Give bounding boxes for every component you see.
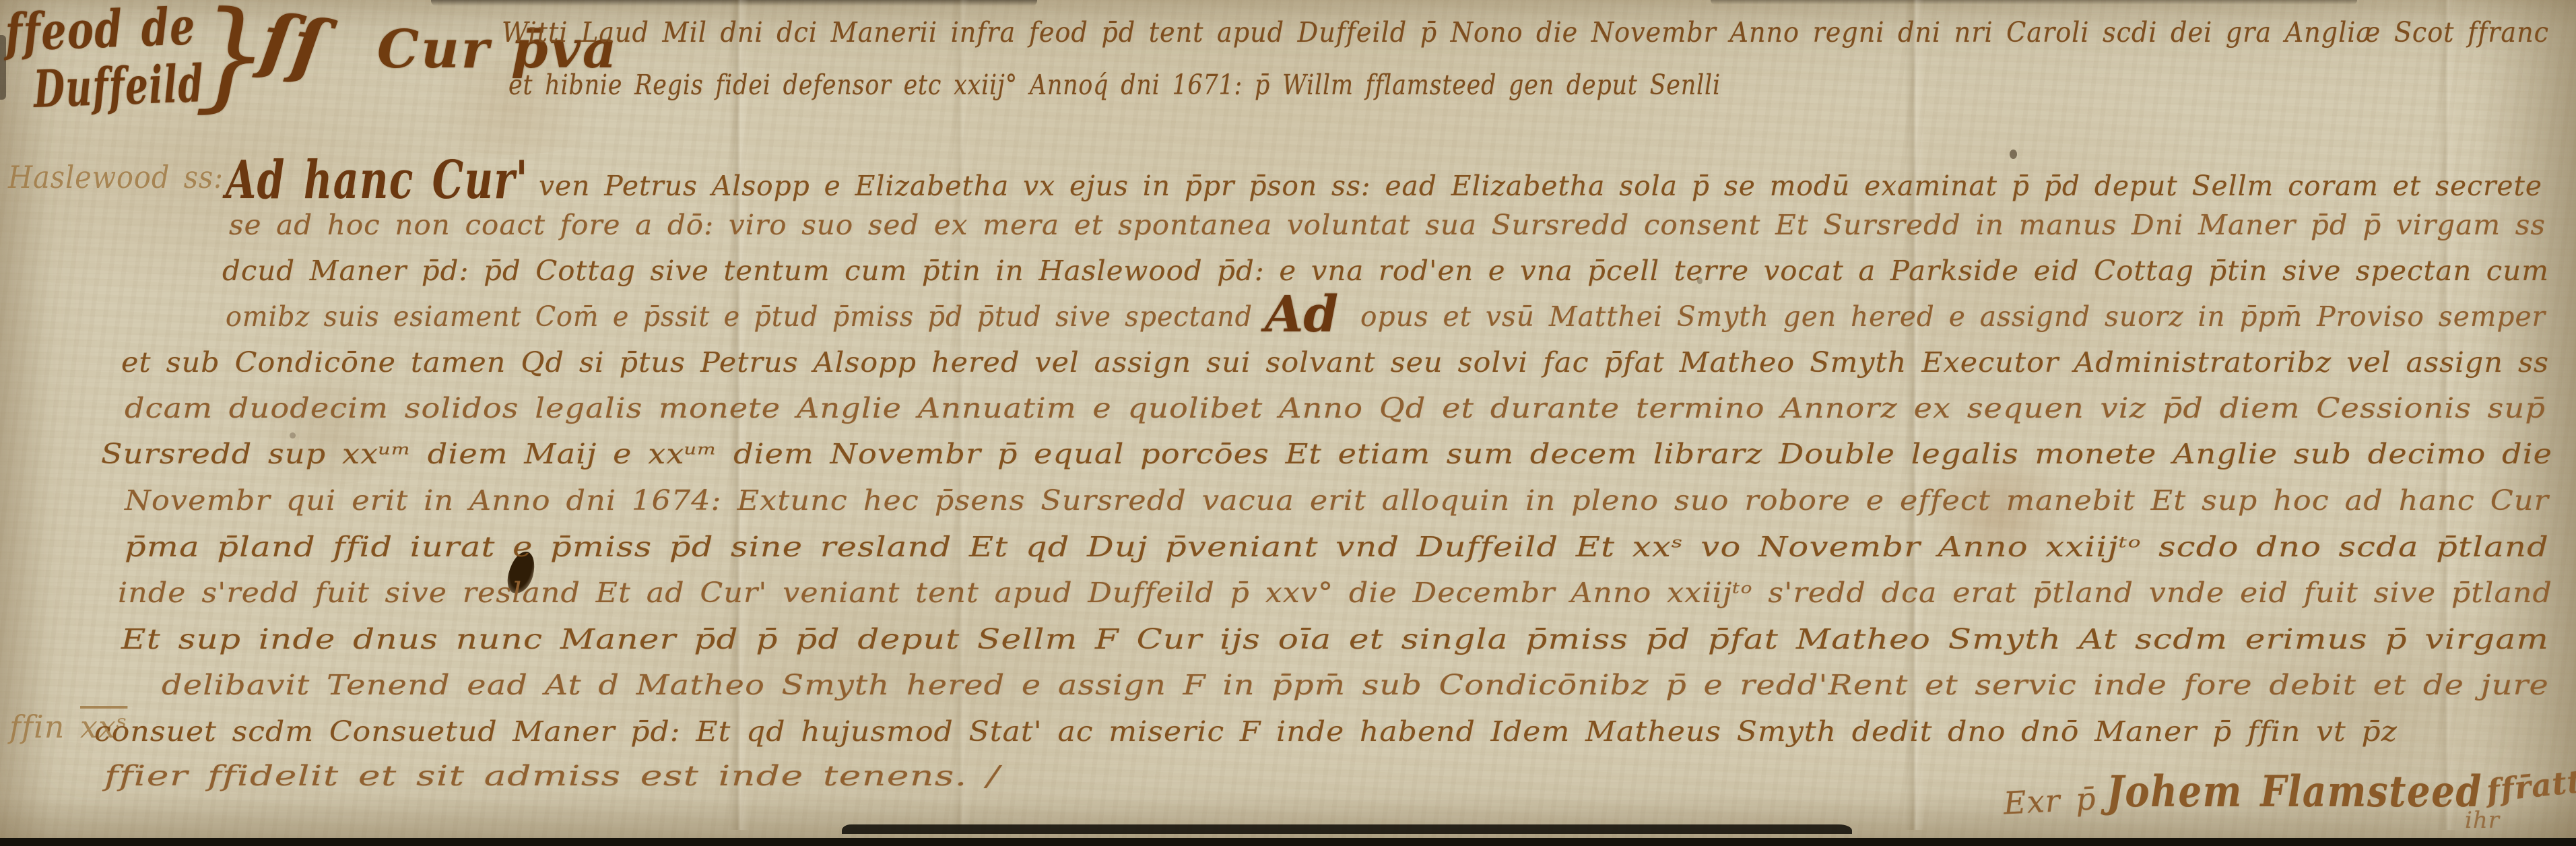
body-line-11: p̄ma p̄land ffid iurat e p̄miss p̄d sine… — [125, 531, 2549, 563]
body-line-8: dcam duodecim solidos legalis monete Ang… — [125, 392, 2546, 424]
body-line-9: Sursredd sup xxᵘᵐ diem Maij e xxᵘᵐ diem … — [101, 438, 2552, 470]
signature-flourish: ffr̄att — [2485, 763, 2576, 810]
manor-heading-line2: Duffeild — [32, 53, 205, 119]
body-line-7: et sub Condicōne tamen Qd si p̄tus Petru… — [121, 346, 2549, 379]
body-line-4: se ad hoc non coact fore a dō: viro suo … — [229, 209, 2546, 241]
heading-brace: } — [193, 0, 269, 115]
body-line-5: dcud Maner p̄d: p̄d Cottag sive tentum c… — [222, 255, 2549, 287]
body-line-16: ffier ffidelit et sit admiss est inde te… — [104, 760, 1000, 792]
signature-examined: Exr p̄ — [2003, 780, 2097, 821]
top-edge-shadow — [431, 0, 1037, 6]
ink-fleck — [2010, 150, 2017, 159]
body-line-6-post: opus et vsū Matthei Smyth gen hered e as… — [1360, 300, 2546, 333]
court-session-flourish: ſſ — [256, 0, 330, 90]
body-line-10: Novembr qui erit in Anno dni 1674: Extun… — [125, 484, 2549, 517]
photo-backdrop-edge — [0, 838, 2576, 846]
body-line-15: consuet scdm Consuetud Maner p̄d: Et qd … — [94, 715, 2398, 748]
opening-words: Ad hanc Cur' — [226, 150, 529, 211]
fine-label: ffin — [9, 709, 65, 745]
top-edge-shadow — [1711, 0, 2357, 5]
margin-place-note: Haslewood ss: — [8, 159, 224, 195]
body-line-6-pre: omibz suis esiament Com̄ e p̄ssit e p̄tu… — [226, 300, 1253, 333]
body-line-3: ven Petrus Alsopp e Elizabetha vx ejus i… — [539, 170, 2542, 202]
signature-mark: ihr — [2465, 807, 2500, 834]
header-line-1: Witti Laud Mil dni dci Manerii infra feo… — [502, 16, 2549, 48]
body-line-13: Et sup inde dnus nunc Maner p̄d p̄ p̄d d… — [121, 623, 2549, 655]
body-line-14: delibavit Tenend ead At d Matheo Smyth h… — [162, 669, 2549, 701]
signature-name: Johem Flamsteed — [2107, 767, 2482, 817]
manor-heading-line1: ffeod de — [4, 0, 197, 63]
header-line-2: et hibnie Regis fidei defensor etc xxiij… — [508, 69, 1721, 101]
parchment-background: ffeod de Duffeild } ſſ Cur p̄va Witti La… — [0, 0, 2576, 838]
body-line-6-initial: Ad — [1265, 286, 1338, 344]
parchment-bottom-edge — [842, 824, 1852, 834]
body-line-12: inde s'redd fuit sive resland Et ad Cur'… — [118, 577, 2552, 609]
